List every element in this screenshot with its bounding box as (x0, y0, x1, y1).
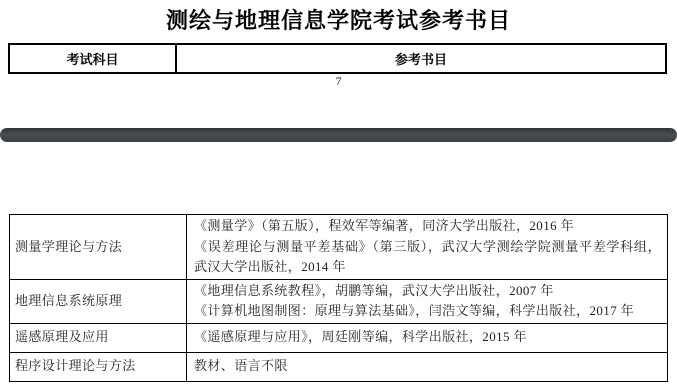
book-entry: 教材、语言不限 (194, 356, 661, 377)
reference-books-cell: 《遥感原理与应用》，周廷刚等编，科学出版社，2015 年 (187, 323, 668, 352)
exam-subject-cell: 程序设计理论与方法 (10, 352, 187, 381)
table-row: 遥感原理及应用《遥感原理与应用》，周廷刚等编，科学出版社，2015 年 (10, 323, 668, 352)
column-header-reference-books: 参考书目 (177, 45, 665, 72)
book-entry: 《遥感原理与应用》，周廷刚等编，科学出版社，2015 年 (194, 327, 661, 348)
reference-table-body: 测量学理论与方法《测量学》（第五版），程效军等编著，同济大学出版社，2016 年… (10, 215, 668, 382)
table-row: 地理信息系统原理《地理信息系统教程》，胡鹏等编，武汉大学出版社，2007 年《计… (10, 279, 668, 323)
book-entry: 《测量学》（第五版），程效军等编著，同济大学出版社，2016 年 (194, 216, 661, 237)
page-separator (0, 128, 677, 142)
book-entry: 《地理信息系统教程》，胡鹏等编，武汉大学出版社，2007 年 (194, 281, 661, 302)
exam-subject-cell: 遥感原理及应用 (10, 323, 187, 352)
table-row: 测量学理论与方法《测量学》（第五版），程效军等编著，同济大学出版社，2016 年… (10, 215, 668, 280)
column-header-exam-subject: 考试科目 (10, 45, 177, 72)
table-row: 程序设计理论与方法教材、语言不限 (10, 352, 668, 381)
book-entry: 《误差理论与测量平差基础》（第三版），武汉大学测绘学院测量平差学科组，武汉大学出… (194, 237, 661, 278)
reference-books-cell: 《测量学》（第五版），程效军等编著，同济大学出版社，2016 年《误差理论与测量… (187, 215, 668, 280)
exam-subject-cell: 测量学理论与方法 (10, 215, 187, 280)
book-entry: 《计算机地图制图：原理与算法基础》，闫浩文等编，科学出版社，2017 年 (194, 301, 661, 322)
reference-books-cell: 《地理信息系统教程》，胡鹏等编，武汉大学出版社，2007 年《计算机地图制图：原… (187, 279, 668, 323)
document-title: 测绘与地理信息学院考试参考书目 (0, 6, 677, 36)
page-number: 7 (0, 74, 677, 89)
reference-table: 测量学理论与方法《测量学》（第五版），程效军等编著，同济大学出版社，2016 年… (9, 214, 668, 382)
exam-subject-cell: 地理信息系统原理 (10, 279, 187, 323)
table-header-row: 考试科目 参考书目 (8, 43, 667, 74)
document-page: 测绘与地理信息学院考试参考书目 考试科目 参考书目 7 测量学理论与方法《测量学… (0, 0, 677, 384)
reference-books-cell: 教材、语言不限 (187, 352, 668, 381)
